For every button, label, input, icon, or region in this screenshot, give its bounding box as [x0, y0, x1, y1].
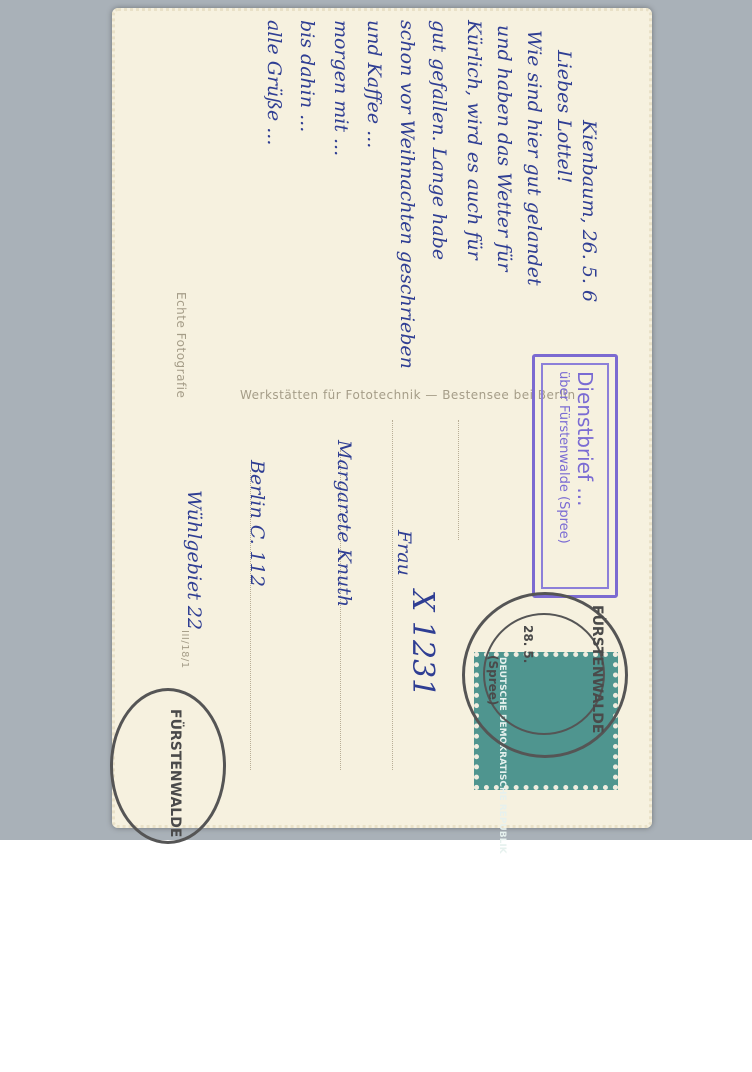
- postmark-secondary: FÜRSTENWALDE: [110, 688, 226, 844]
- postmark-main: FÜRSTENWALDE 28. 5. (Spree): [462, 592, 628, 758]
- message-line: Wie sind hier gut gelandet: [523, 30, 545, 286]
- address-line: [392, 420, 393, 770]
- address-line-2: Margarete Knuth: [333, 440, 355, 607]
- message-line: gut gefallen. Lange habe: [428, 20, 450, 260]
- address-line-1: Frau: [393, 530, 415, 576]
- publisher-line: Werkstätten für Fototechnik — Bestensee …: [240, 388, 576, 402]
- postmark-date: 28. 5.: [521, 625, 535, 663]
- address-line: [458, 420, 459, 540]
- box-stamp-line1: Dienstbrief ...: [573, 371, 597, 506]
- message-line: schon vor Weihnachten geschrieben: [396, 20, 418, 369]
- postmark-town-2: FÜRSTENWALDE: [167, 709, 183, 837]
- handwritten-note: X 1231: [405, 590, 440, 697]
- address-line-3: Berlin C. 112: [246, 460, 268, 587]
- handwritten-greeting: Liebes Lottel!: [553, 50, 575, 183]
- handwritten-date: Kienbaum, 26. 5. 6: [578, 120, 600, 302]
- message-line: Kürlich, wird es auch für: [463, 20, 485, 260]
- postmark-town: FÜRSTENWALDE: [589, 605, 605, 733]
- message-line: alle Grüße ...: [263, 20, 285, 145]
- postmark-region: (Spree): [486, 655, 500, 705]
- box-stamp: Dienstbrief ... über Fürstenwalde (Spree…: [532, 354, 618, 598]
- address-line-4: Wühlgebiet 22: [183, 490, 205, 630]
- message-line: und haben das Wetter für: [493, 25, 515, 271]
- box-stamp-line2: über Fürstenwalde (Spree): [556, 371, 571, 544]
- side-imprint: Echte Fotografie: [174, 292, 188, 398]
- message-line: morgen mit ...: [330, 20, 352, 156]
- print-code: III/18/1: [179, 630, 190, 669]
- message-line: und Kaffee ...: [363, 20, 385, 148]
- message-line: bis dahin ...: [296, 20, 318, 132]
